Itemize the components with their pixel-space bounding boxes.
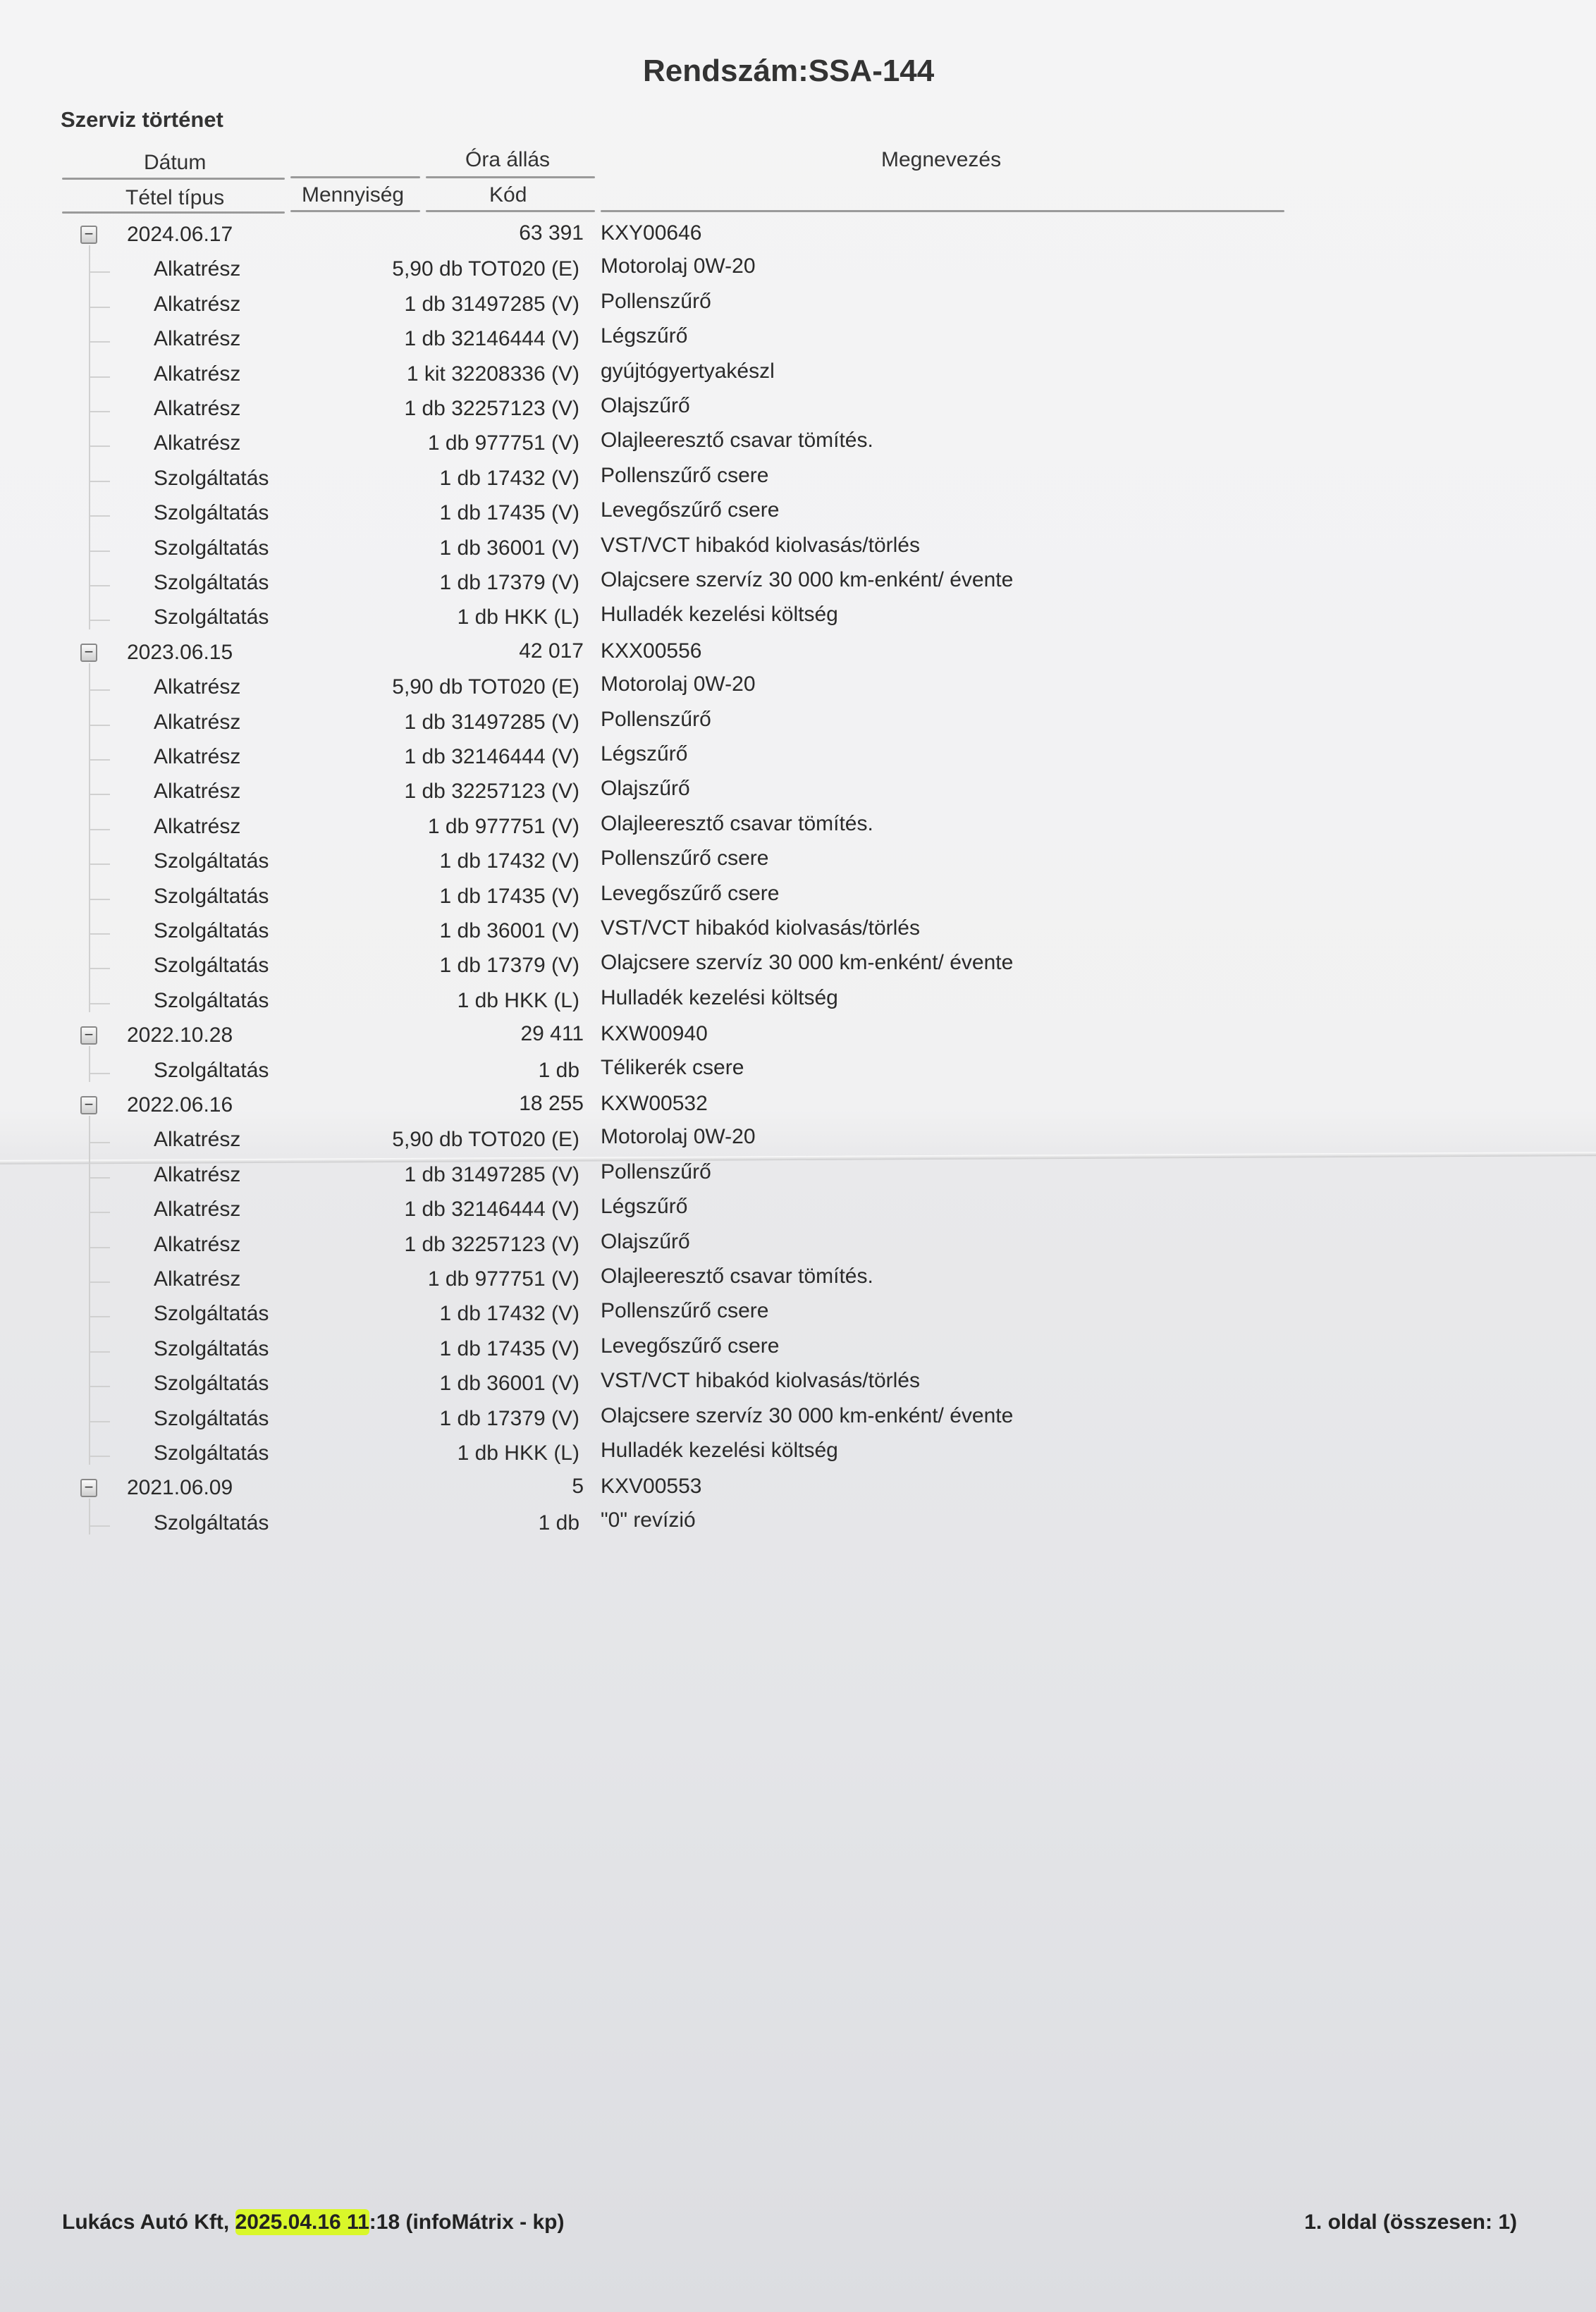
item-description: Légszűrő — [601, 1195, 687, 1219]
item-description: Olajleeresztő csavar tömítés. — [601, 812, 873, 836]
item-description: Légszűrő — [601, 742, 687, 766]
header-rule — [290, 210, 420, 212]
tree-branch — [89, 585, 110, 586]
tree-branch — [89, 899, 110, 900]
tree-branch — [89, 1212, 110, 1213]
item-type: Alkatrész — [154, 362, 240, 386]
tree-branch — [89, 1003, 110, 1004]
tree-branch — [89, 1316, 110, 1317]
service-row[interactable]: −2022.10.2829 411KXW00940 — [0, 1021, 1596, 1055]
item-description: Motorolaj 0W-20 — [601, 254, 756, 278]
header-description: Megnevezés — [881, 148, 1001, 172]
odometer-value: 29 411 — [520, 1022, 584, 1046]
tree-branch — [89, 271, 110, 273]
tree-branch — [89, 551, 110, 552]
item-quantity-code: 1 db 36001 (V) — [440, 536, 579, 560]
footer-company: Lukács Autó Kft, — [62, 2210, 229, 2234]
footer-highlighted-datetime: 2025.04.16 11 — [235, 2209, 369, 2235]
tree-branch — [89, 307, 110, 308]
footer-source: :18 (infoMátrix - kp) — [369, 2210, 565, 2234]
item-quantity-code: 1 db 17432 (V) — [440, 467, 579, 491]
item-row[interactable]: Alkatrész1 db 32146444 (V)Légszűrő — [0, 1195, 1596, 1229]
item-row[interactable]: Szolgáltatás1 db 17379 (V)Olajcsere szer… — [0, 1404, 1596, 1439]
item-quantity-code: 1 db 17435 (V) — [440, 1337, 579, 1361]
footer-page-number: 1. oldal (összesen: 1) — [1304, 2210, 1517, 2234]
item-row[interactable]: Szolgáltatás1 db 17379 (V)Olajcsere szer… — [0, 568, 1596, 603]
item-description: Motorolaj 0W-20 — [601, 672, 756, 696]
service-row[interactable]: −2022.06.1618 255KXW00532 — [0, 1090, 1596, 1125]
item-row[interactable]: Szolgáltatás1 dbTélikerék csere — [0, 1056, 1596, 1090]
header-rule — [290, 176, 420, 178]
tree-branch — [89, 1525, 110, 1527]
item-row[interactable]: Alkatrész1 db 31497285 (V)Pollenszűrő — [0, 1160, 1596, 1195]
item-quantity-code: 1 db — [539, 1511, 579, 1535]
item-type: Szolgáltatás — [154, 849, 269, 873]
item-type: Alkatrész — [154, 1198, 240, 1222]
header-rule — [62, 178, 285, 180]
tree-branch — [89, 1281, 110, 1283]
item-description: Pollenszűrő csere — [601, 464, 768, 488]
item-row[interactable]: Szolgáltatás1 db 36001 (V)VST/VCT hibakó… — [0, 916, 1596, 951]
footer-printout-info: Lukács Autó Kft, 2025.04.16 11:18 (infoM… — [62, 2210, 564, 2234]
item-quantity-code: 1 db 17379 (V) — [440, 954, 579, 978]
item-description: Télikerék csere — [601, 1056, 744, 1080]
item-row[interactable]: Szolgáltatás1 db HKK (L)Hulladék kezelés… — [0, 603, 1596, 637]
item-row[interactable]: Szolgáltatás1 db 17435 (V)Levegőszűrő cs… — [0, 882, 1596, 916]
tree-branch — [89, 829, 110, 830]
item-quantity-code: 5,90 db TOT020 (E) — [392, 1128, 579, 1152]
tree-branch — [89, 376, 110, 378]
worksheet-number: KXX00556 — [601, 639, 701, 663]
worksheet-number: KXW00532 — [601, 1092, 708, 1116]
collapse-icon[interactable]: − — [80, 1096, 97, 1114]
service-date: 2021.06.09 — [127, 1476, 233, 1500]
item-quantity-code: 1 db 977751 (V) — [428, 815, 579, 839]
item-quantity-code: 1 db 32146444 (V) — [404, 327, 579, 351]
tree-branch — [89, 341, 110, 343]
worksheet-number: KXY00646 — [601, 221, 701, 245]
section-title: Szerviz történet — [61, 107, 223, 133]
item-row[interactable]: Alkatrész5,90 db TOT020 (E)Motorolaj 0W-… — [0, 1125, 1596, 1160]
item-row[interactable]: Alkatrész1 db 32257123 (V)Olajszűrő — [0, 1230, 1596, 1265]
header-odometer: Óra állás — [465, 148, 550, 172]
item-description: Pollenszűrő — [601, 1160, 711, 1184]
tree-connector — [89, 1046, 90, 1082]
item-type: Szolgáltatás — [154, 605, 269, 629]
item-description: Olajleeresztő csavar tömítés. — [601, 1265, 873, 1289]
tree-branch — [89, 445, 110, 447]
service-date: 2022.06.16 — [127, 1093, 233, 1117]
item-type: Alkatrész — [154, 1163, 240, 1187]
tree-branch — [89, 411, 110, 412]
tree-connector — [89, 1499, 90, 1535]
odometer-value: 63 391 — [519, 221, 584, 245]
item-row[interactable]: Alkatrész1 db 977751 (V)Olajleeresztő cs… — [0, 1265, 1596, 1299]
header-item-type: Tétel típus — [125, 186, 224, 210]
item-row[interactable]: Alkatrész1 db 31497285 (V)Pollenszűrő — [0, 708, 1596, 742]
odometer-value: 18 255 — [519, 1092, 584, 1116]
item-type: Szolgáltatás — [154, 989, 269, 1013]
item-type: Alkatrész — [154, 675, 240, 699]
item-type: Szolgáltatás — [154, 1372, 269, 1396]
tree-branch — [89, 1142, 110, 1143]
tree-branch — [89, 620, 110, 621]
item-description: Hulladék kezelési költség — [601, 1439, 838, 1463]
item-type: Szolgáltatás — [154, 919, 269, 943]
item-quantity-code: 1 db 32257123 (V) — [404, 1233, 579, 1257]
service-date: 2022.10.28 — [127, 1023, 233, 1047]
item-row[interactable]: Alkatrész1 db 32146444 (V)Légszűrő — [0, 324, 1596, 359]
item-row[interactable]: Szolgáltatás1 db 17379 (V)Olajcsere szer… — [0, 951, 1596, 985]
item-row[interactable]: Alkatrész1 db 32257123 (V)Olajszűrő — [0, 394, 1596, 429]
item-row[interactable]: Alkatrész1 db 977751 (V)Olajleeresztő cs… — [0, 812, 1596, 847]
item-quantity-code: 1 db 31497285 (V) — [404, 1163, 579, 1187]
tree-branch — [89, 933, 110, 935]
worksheet-number: KXV00553 — [601, 1475, 701, 1499]
item-type: Alkatrész — [154, 327, 240, 351]
odometer-value: 5 — [572, 1475, 584, 1499]
item-quantity-code: 1 db 32257123 (V) — [404, 397, 579, 421]
worksheet-number: KXW00940 — [601, 1022, 708, 1046]
tree-branch — [89, 1073, 110, 1074]
service-row[interactable]: −2023.06.1542 017KXX00556 — [0, 638, 1596, 672]
header-date: Dátum — [144, 151, 206, 175]
item-description: Olajleeresztő csavar tömítés. — [601, 429, 873, 453]
item-type: Szolgáltatás — [154, 1441, 269, 1465]
item-type: Szolgáltatás — [154, 1059, 269, 1083]
tree-branch — [89, 863, 110, 865]
item-quantity-code: 1 db HKK (L) — [458, 605, 579, 629]
item-type: Szolgáltatás — [154, 1302, 269, 1326]
item-description: Olajcsere szervíz 30 000 km-enként/ éven… — [601, 568, 1013, 592]
tree-connector — [89, 663, 90, 1012]
item-type: Szolgáltatás — [154, 885, 269, 909]
item-row[interactable]: Szolgáltatás1 db"0" revízió — [0, 1508, 1596, 1543]
collapse-icon[interactable]: − — [80, 1026, 97, 1045]
item-description: Pollenszűrő csere — [601, 1299, 768, 1323]
tree-branch — [89, 515, 110, 517]
item-row[interactable]: Alkatrész5,90 db TOT020 (E)Motorolaj 0W-… — [0, 254, 1596, 289]
service-row[interactable]: −2024.06.1763 391KXY00646 — [0, 220, 1596, 254]
item-row[interactable]: Alkatrész1 db 31497285 (V)Pollenszűrő — [0, 290, 1596, 324]
header-rule — [426, 210, 595, 212]
item-row[interactable]: Szolgáltatás1 db 17435 (V)Levegőszűrő cs… — [0, 498, 1596, 533]
item-type: Alkatrész — [154, 293, 240, 316]
odometer-value: 42 017 — [519, 639, 584, 663]
item-quantity-code: 1 db 17379 (V) — [440, 571, 579, 595]
tree-branch — [89, 1421, 110, 1422]
item-description: VST/VCT hibakód kiolvasás/törlés — [601, 1369, 920, 1393]
tree-branch — [89, 725, 110, 726]
item-type: Alkatrész — [154, 780, 240, 804]
tree-connector — [89, 245, 90, 629]
item-row[interactable]: Szolgáltatás1 db 36001 (V)VST/VCT hibakó… — [0, 1369, 1596, 1403]
item-quantity-code: 5,90 db TOT020 (E) — [392, 257, 579, 281]
item-quantity-code: 1 db — [539, 1059, 579, 1083]
service-date: 2023.06.15 — [127, 641, 233, 665]
item-quantity-code: 1 db 31497285 (V) — [404, 293, 579, 316]
tree-branch — [89, 794, 110, 795]
item-description: gyújtógyertyakészl — [601, 359, 775, 383]
item-quantity-code: 1 db 31497285 (V) — [404, 711, 579, 734]
collapse-icon[interactable]: − — [80, 226, 97, 244]
item-type: Szolgáltatás — [154, 501, 269, 525]
item-quantity-code: 1 db 32257123 (V) — [404, 780, 579, 804]
item-quantity-code: 1 db 36001 (V) — [440, 919, 579, 943]
tree-branch — [89, 1456, 110, 1457]
item-row[interactable]: Szolgáltatás1 db HKK (L)Hulladék kezelés… — [0, 1439, 1596, 1473]
item-description: Levegőszűrő csere — [601, 882, 779, 906]
item-type: Szolgáltatás — [154, 1511, 269, 1535]
page-title: Rendszám:SSA-144 — [643, 54, 934, 89]
item-description: Hulladék kezelési költség — [601, 603, 838, 627]
header-code: Kód — [489, 183, 527, 207]
item-quantity-code: 1 db 36001 (V) — [440, 1372, 579, 1396]
item-description: Légszűrő — [601, 324, 687, 348]
item-type: Alkatrész — [154, 257, 240, 281]
item-row[interactable]: Alkatrész1 db 977751 (V)Olajleeresztő cs… — [0, 429, 1596, 463]
header-rule — [601, 210, 1284, 212]
item-row[interactable]: Szolgáltatás1 db 36001 (V)VST/VCT hibakó… — [0, 534, 1596, 568]
item-type: Alkatrész — [154, 1267, 240, 1291]
item-type: Szolgáltatás — [154, 571, 269, 595]
item-description: VST/VCT hibakód kiolvasás/törlés — [601, 534, 920, 558]
header-quantity: Mennyiség — [302, 183, 404, 207]
header-rule — [62, 211, 285, 214]
item-description: Levegőszűrő csere — [601, 1334, 779, 1358]
item-type: Szolgáltatás — [154, 467, 269, 491]
item-quantity-code: 1 db 977751 (V) — [428, 1267, 579, 1291]
item-type: Alkatrész — [154, 397, 240, 421]
item-description: Olajszűrő — [601, 1230, 690, 1254]
item-quantity-code: 1 db 32146444 (V) — [404, 1198, 579, 1222]
tree-connector — [89, 1116, 90, 1465]
item-type: Alkatrész — [154, 1128, 240, 1152]
item-quantity-code: 1 db 32146444 (V) — [404, 745, 579, 769]
tree-branch — [89, 1351, 110, 1353]
item-row[interactable]: Szolgáltatás1 db 17432 (V)Pollenszűrő cs… — [0, 464, 1596, 498]
item-description: Olajcsere szervíz 30 000 km-enként/ éven… — [601, 951, 1013, 975]
collapse-icon[interactable]: − — [80, 644, 97, 662]
item-description: Hulladék kezelési költség — [601, 986, 838, 1010]
item-type: Szolgáltatás — [154, 536, 269, 560]
item-quantity-code: 5,90 db TOT020 (E) — [392, 675, 579, 699]
item-type: Alkatrész — [154, 431, 240, 455]
item-quantity-code: 1 db 17435 (V) — [440, 885, 579, 909]
header-rule — [426, 176, 595, 178]
item-description: "0" revízió — [601, 1508, 696, 1532]
tree-branch — [89, 1386, 110, 1387]
item-type: Szolgáltatás — [154, 954, 269, 978]
item-quantity-code: 1 db 17432 (V) — [440, 849, 579, 873]
tree-branch — [89, 1177, 110, 1179]
item-type: Szolgáltatás — [154, 1337, 269, 1361]
tree-branch — [89, 481, 110, 482]
tree-branch — [89, 689, 110, 691]
item-row[interactable]: Alkatrész5,90 db TOT020 (E)Motorolaj 0W-… — [0, 672, 1596, 707]
tree-branch — [89, 968, 110, 969]
tree-branch — [89, 759, 110, 761]
item-quantity-code: 1 kit 32208336 (V) — [407, 362, 579, 386]
item-type: Alkatrész — [154, 815, 240, 839]
item-quantity-code: 1 db 17435 (V) — [440, 501, 579, 525]
item-row[interactable]: Alkatrész1 db 32257123 (V)Olajszűrő — [0, 777, 1596, 811]
service-row[interactable]: −2021.06.095KXV00553 — [0, 1473, 1596, 1508]
item-description: Olajszűrő — [601, 777, 690, 801]
item-description: Pollenszűrő — [601, 708, 711, 732]
item-row[interactable]: Szolgáltatás1 db 17435 (V)Levegőszűrő cs… — [0, 1334, 1596, 1369]
item-quantity-code: 1 db HKK (L) — [458, 1441, 579, 1465]
item-quantity-code: 1 db 17432 (V) — [440, 1302, 579, 1326]
item-quantity-code: 1 db 977751 (V) — [428, 431, 579, 455]
collapse-icon[interactable]: − — [80, 1479, 97, 1497]
item-type: Alkatrész — [154, 745, 240, 769]
item-type: Alkatrész — [154, 1233, 240, 1257]
item-description: Olajszűrő — [601, 394, 690, 418]
item-row[interactable]: Alkatrész1 db 32146444 (V)Légszűrő — [0, 742, 1596, 777]
item-description: Levegőszűrő csere — [601, 498, 779, 522]
tree-branch — [89, 1247, 110, 1248]
service-date: 2024.06.17 — [127, 223, 233, 247]
item-description: Olajcsere szervíz 30 000 km-enként/ éven… — [601, 1404, 1013, 1428]
item-description: Pollenszűrő — [601, 290, 711, 314]
item-description: Pollenszűrő csere — [601, 847, 768, 871]
item-type: Alkatrész — [154, 711, 240, 734]
item-type: Szolgáltatás — [154, 1407, 269, 1431]
item-row[interactable]: Alkatrész1 kit 32208336 (V)gyújtógyertya… — [0, 359, 1596, 394]
item-quantity-code: 1 db 17379 (V) — [440, 1407, 579, 1431]
item-row[interactable]: Szolgáltatás1 db HKK (L)Hulladék kezelés… — [0, 986, 1596, 1021]
item-description: Motorolaj 0W-20 — [601, 1125, 756, 1149]
item-description: VST/VCT hibakód kiolvasás/törlés — [601, 916, 920, 940]
item-row[interactable]: Szolgáltatás1 db 17432 (V)Pollenszűrő cs… — [0, 1299, 1596, 1334]
item-row[interactable]: Szolgáltatás1 db 17432 (V)Pollenszűrő cs… — [0, 847, 1596, 881]
item-quantity-code: 1 db HKK (L) — [458, 989, 579, 1013]
